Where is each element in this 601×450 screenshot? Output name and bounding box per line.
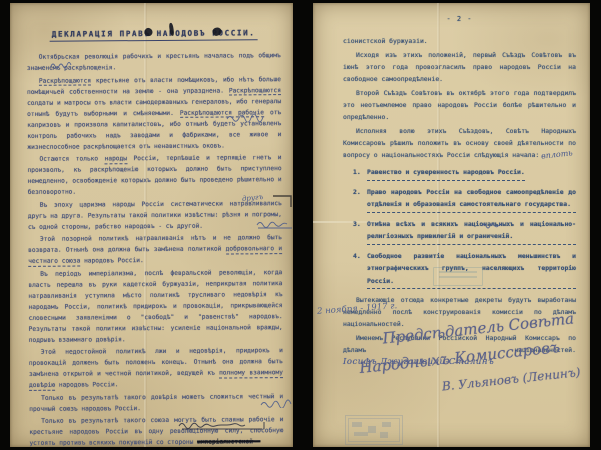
paragraph: Этой позорной политикѣ натравливанія нѣт… — [28, 232, 282, 267]
document-page-1: ДЕКЛАРАЦІЯ ПРАВЪ НАРОДОВЪ РОССІИ. Октябр… — [10, 3, 293, 447]
list-item-number: 2. — [353, 186, 363, 213]
paragraph: Только въ результатѣ такого довѣрія може… — [29, 391, 283, 415]
handwritten-annotation — [260, 399, 293, 408]
archive-stamp — [433, 267, 483, 286]
list-item: 3. Отмѣна всѣхъ и всякихъ національныхъ … — [353, 218, 576, 245]
list-item: 1. Равенство и суверенность народовъ Рос… — [353, 166, 576, 181]
paragraph: Исходя изъ этихъ положеній, первый Съѣзд… — [343, 49, 576, 85]
scan-background: ДЕКЛАРАЦІЯ ПРАВЪ НАРОДОВЪ РОССІИ. Октябр… — [0, 0, 601, 450]
archive-stamp — [345, 415, 403, 445]
document-title: ДЕКЛАРАЦІЯ ПРАВЪ НАРОДОВЪ РОССІИ. — [50, 28, 258, 41]
handwritten-annotation — [50, 61, 72, 69]
list-item: 2. Право народовъ Россіи на свободное са… — [353, 186, 576, 213]
handwritten-annotation — [481, 221, 505, 229]
document-page-2: - 2 - сіонистской буржуазіи. Исходя изъ … — [313, 3, 590, 447]
paragraph: Остаются только народы Россіи, терпѣвшіе… — [27, 152, 281, 198]
list-item-text: Отмѣна всѣхъ и всякихъ національныхъ и н… — [367, 218, 576, 245]
page-number: - 2 - — [343, 15, 576, 23]
paragraph: Въ періодъ имперіализма, послѣ февральск… — [28, 267, 283, 346]
list-item-text: Право народовъ Россіи на свободное самоо… — [367, 186, 576, 213]
handwritten-bracket — [272, 193, 293, 209]
list-item-number: 4. — [353, 250, 363, 290]
paragraph: Второй Съѣздъ Совѣтовъ въ октябрѣ этого … — [343, 87, 576, 123]
list-item-text: Равенство и суверенность народовъ Россіи… — [367, 166, 525, 181]
handwritten-annotation — [256, 219, 293, 229]
handwritten-insertion — [178, 420, 270, 431]
paragraph: Этой недостойной политикѣ лжи и недовѣрі… — [29, 345, 283, 391]
title-row: ДЕКЛАРАЦІЯ ПРАВЪ НАРОДОВЪ РОССІИ. — [27, 20, 281, 42]
list-item-number: 1. — [353, 166, 363, 181]
struck-out-word: имперіалистской - — [197, 438, 260, 445]
list-item-number: 3. — [353, 218, 363, 245]
paragraph: сіонистской буржуазіи. — [343, 35, 576, 47]
handwritten-annotation — [226, 113, 266, 122]
